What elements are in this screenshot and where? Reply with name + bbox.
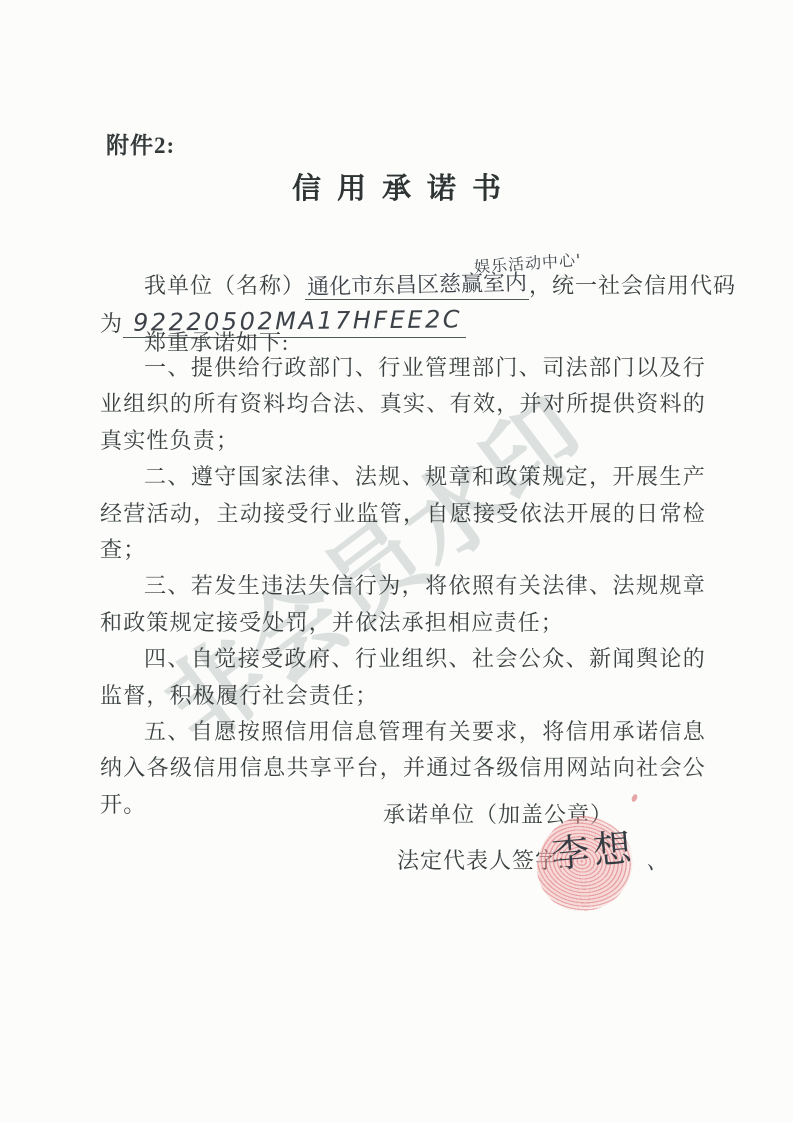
clause-3: 三、若发生违法失信行为，将依照有关法律、法规规章和政策规定接受处罚，并依法承担相… (100, 568, 706, 641)
company-name-blank: 通化市东昌区慈赢室内娱乐活动中心' (305, 268, 529, 300)
intro-separator: ， (529, 273, 552, 298)
credit-code-label: 统一社会信用代码 (552, 273, 736, 298)
intro-line-1: 我单位（名称）通化市东昌区慈赢室内娱乐活动中心'，统一社会信用代码 (100, 268, 706, 300)
attachment-label: 附件2: (106, 127, 175, 160)
intro-prefix: 我单位（名称） (144, 273, 305, 298)
scanned-document-page: 非会员水印 附件2: 信用承诺书 我单位（名称）通化市东昌区慈赢室内娱乐活动中心… (0, 0, 793, 1122)
clause-1: 一、提供给行政部门、行业管理部门、司法部门以及行业组织的所有资料均合法、真实、有… (100, 350, 706, 459)
signer-name-handwritten: 李想 (549, 816, 637, 878)
signature-tail-mark: 、 (645, 844, 673, 879)
document-content: 附件2: 信用承诺书 我单位（名称）通化市东昌区慈赢室内娱乐活动中心'，统一社会… (0, 0, 793, 1122)
clause-list: 一、提供给行政部门、行业管理部门、司法部门以及行业组织的所有资料均合法、真实、有… (100, 350, 706, 823)
clause-4: 四、自觉接受政府、行业组织、社会公众、新闻舆论的监督，积极履行社会责任； (100, 641, 706, 714)
document-title: 信用承诺书 (0, 166, 793, 207)
clause-2: 二、遵守国家法律、法规、规章和政策规定，开展生产经营活动，主动接受行业监管，自愿… (100, 459, 706, 568)
code-line-prefix: 为 (100, 311, 123, 336)
